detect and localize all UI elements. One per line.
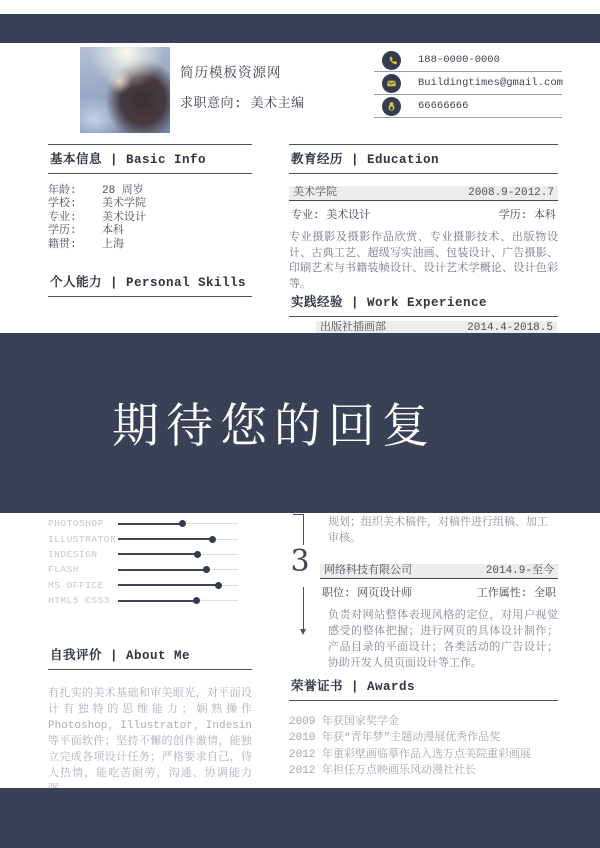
skills-list: PHOTOSHOP ILLUSTRATOR INDESIGN FLASH MS … (48, 516, 252, 608)
bottom-band (0, 788, 600, 848)
section-about-me: 自我评价 | About Me 有扎实的美术基础和审美眼光，对平面设计有独特的思… (48, 641, 252, 798)
skill-row-illustrator: ILLUSTRATOR (48, 531, 252, 546)
awards-list: 2009 年获国家奖学金 2010 年获“青年梦”主题动漫展优秀作品奖 2012… (289, 714, 558, 779)
skill-slider (118, 520, 238, 527)
skill-slider (118, 536, 238, 543)
slider-handle (194, 551, 201, 558)
work-period: 2014.9-至今 (486, 565, 554, 577)
work-description-carryover: 规划；组织美术稿件，对稿件进行组稿、加工审核。 (320, 515, 558, 547)
section-basic-info: 基本信息 | Basic Info 年龄: 28 周岁 学校: 美术学院 专业:… (48, 144, 252, 252)
skill-slider (118, 551, 238, 558)
skill-row-msoffice: MS OFFICE (48, 578, 252, 593)
work-position: 职位: 网页设计师 (322, 584, 412, 600)
qq-value: 66666666 (418, 100, 468, 112)
slider-handle (179, 520, 186, 527)
slider-handle (209, 536, 216, 543)
awards-heading: 荣誉证书 | Awards (289, 672, 558, 701)
education-degree: 学历: 本科 (499, 206, 556, 222)
skill-row-indesign: INDESIGN (48, 547, 252, 562)
education-description: 专业摄影及摄影作品欣赏、专业摄影技术、出版物设计、古典工艺、超级写实油画、包装设… (289, 231, 558, 293)
info-row-major: 专业: 美术设计 (48, 212, 252, 225)
middle-banner: 期待您的回复 (0, 333, 600, 513)
work-entry-row: 网络科技有限公司 2014.9-至今 (320, 564, 558, 579)
phone-value: 188-0000-0000 (418, 54, 500, 66)
email-value: Buildingtimes@gmail.com (418, 77, 563, 89)
section-education: 教育经历 | Education 美术学院 2008.9-2012.7 专业: … (289, 144, 558, 293)
info-row-hometown: 籍贯: 上海 (48, 239, 252, 252)
contact-row-qq: 66666666 (374, 95, 562, 118)
banner-text: 期待您的回复 (112, 389, 436, 456)
work-meta: 职位: 网页设计师 工作属性: 全职 (320, 584, 558, 600)
info-row-school: 学校: 美术学院 (48, 198, 252, 211)
education-major: 专业: 美术设计 (291, 206, 370, 222)
skill-slider (118, 597, 238, 604)
about-heading: 自我评价 | About Me (48, 641, 252, 670)
timeline-index: 3 (290, 544, 310, 580)
timeline-arrow-icon (300, 629, 306, 635)
work-entry-3: 规划；组织美术稿件，对稿件进行组稿、加工审核。 网络科技有限公司 2014.9-… (320, 515, 558, 672)
slider-handle (193, 597, 200, 604)
basic-info-heading: 基本信息 | Basic Info (48, 144, 252, 174)
contact-list: 188-0000-0000 Buildingtimes@gmail.com 66… (374, 49, 562, 118)
company-name: 网络科技有限公司 (324, 565, 412, 577)
skills-heading: 个人能力 | Personal Skills (48, 268, 252, 297)
award-item: 2012 年担任万点映画乐风动漫社社长 (289, 763, 558, 779)
award-item: 2012 年重彩壁画临摹作品入选万点美院重彩画展 (289, 747, 558, 763)
education-period: 2008.9-2012.7 (468, 187, 554, 199)
applicant-name: 简历模板资源网 (180, 61, 282, 82)
profile-photo (80, 47, 170, 133)
education-entry-row: 美术学院 2008.9-2012.7 (289, 186, 558, 201)
contact-row-phone: 188-0000-0000 (374, 49, 562, 72)
section-awards: 荣誉证书 | Awards 2009 年获国家奖学金 2010 年获“青年梦”主… (289, 672, 558, 779)
slider-handle (215, 582, 222, 589)
skill-row-photoshop: PHOTOSHOP (48, 516, 252, 531)
school-name: 美术学院 (293, 187, 337, 199)
section-skills-heading: 个人能力 | Personal Skills (48, 268, 252, 297)
skill-slider (118, 566, 238, 573)
phone-icon (382, 51, 401, 70)
basic-info-rows: 年龄: 28 周岁 学校: 美术学院 专业: 美术设计 学历: 本科 籍贯: 上… (48, 185, 252, 252)
skill-row-flash: FLASH (48, 562, 252, 577)
work-heading: 实践经验 | Work Experience (289, 288, 558, 317)
timeline-line-lower (303, 587, 304, 630)
about-text: 有扎实的美术基础和审美眼光，对平面设计有独特的思维能力；娴熟操作 Photosh… (48, 686, 252, 798)
section-work-heading: 实践经验 | Work Experience (289, 288, 558, 317)
top-band (0, 14, 600, 43)
education-meta: 专业: 美术设计 学历: 本科 (289, 206, 558, 222)
education-heading: 教育经历 | Education (289, 144, 558, 174)
slider-handle (203, 566, 210, 573)
info-row-degree: 学历: 本科 (48, 225, 252, 238)
job-intention: 求职意向: 美术主编 (180, 92, 305, 111)
work-type: 工作属性: 全职 (477, 584, 556, 600)
contact-row-email: Buildingtimes@gmail.com (374, 72, 562, 95)
resume-page: 简历模板资源网 求职意向: 美术主编 188-0000-0000 Buildin… (0, 0, 600, 848)
info-row-age: 年龄: 28 周岁 (48, 185, 252, 198)
award-item: 2009 年获国家奖学金 (289, 714, 558, 730)
work-description: 负责对网站整体表现风格的定位，对用户视觉感受的整体把握；进行网页的具体设计制作；… (320, 608, 558, 672)
timeline-line-upper (303, 514, 304, 545)
skill-slider (118, 582, 238, 589)
skill-row-html5css3: HTML5 CSS3 (48, 593, 252, 608)
qq-icon (382, 97, 401, 116)
email-icon (382, 74, 401, 93)
award-item: 2010 年获“青年梦”主题动漫展优秀作品奖 (289, 730, 558, 746)
